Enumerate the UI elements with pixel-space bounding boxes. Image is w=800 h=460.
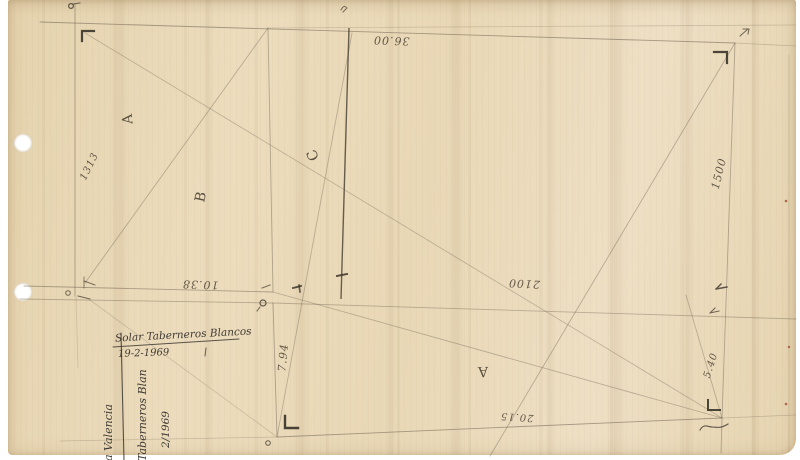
measurement-bottom-edge: 20.15 [500, 410, 534, 423]
handwritten-date: 19-2-1969 [118, 347, 170, 360]
handwritten-margin-note-2: Taberneros Blan [136, 369, 149, 460]
zone-label-a-upper: A [120, 113, 137, 124]
measurement-center-vertical: 7.94 [276, 343, 291, 373]
sketch-line-network [0, 0, 800, 460]
zone-label-a-lower: A [478, 363, 489, 379]
measurement-mid-right: 2100 [508, 276, 541, 291]
handwritten-margin-note-1: a Valencia [102, 404, 115, 460]
handwritten-margin-note-3: 2/1969 [160, 411, 172, 448]
measurement-top-width: 36.00 [373, 33, 410, 47]
measurement-mid-left: 10.38 [182, 277, 219, 291]
